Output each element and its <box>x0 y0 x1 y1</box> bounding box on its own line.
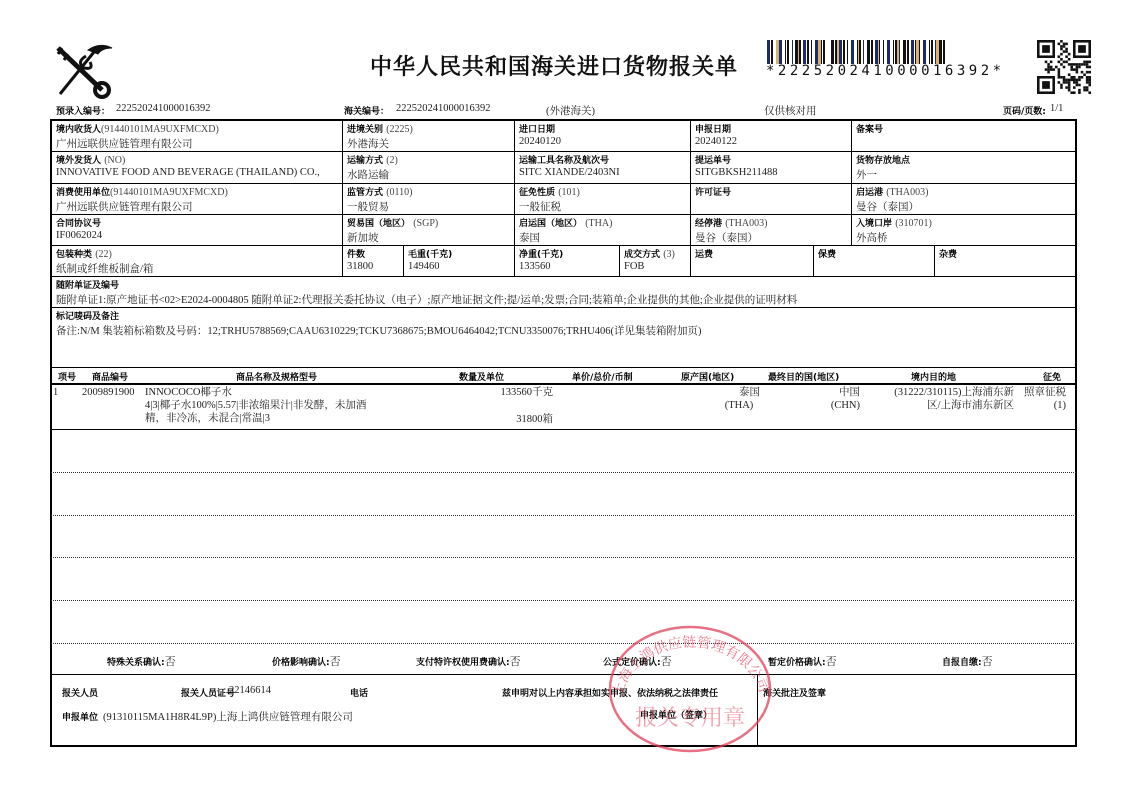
deal-mode-field: 成交方式 (3) FOB <box>620 246 690 273</box>
entry-customs-field: 进境关别 (2225) 外港海关 <box>343 121 513 152</box>
origin-country: 泰国 <box>700 387 760 400</box>
document-title: 中华人民共和国海关进口货物报关单 <box>370 50 738 81</box>
price-influence-confirm: 价格影响确认:否 <box>272 653 341 669</box>
svg-text:报关专用章: 报关专用章 <box>635 706 745 731</box>
product-name: INNOCOCO椰子水 <box>145 387 232 400</box>
company-seal-stamp: 上海上鸿供应链管理有限公司 报关专用章 <box>600 615 780 755</box>
misc-fee-field: 杂费 <box>935 246 1075 261</box>
stop-port-field: 经停港 (THA003) 曼谷（泰国） <box>691 215 851 246</box>
customs-no: 222520241000016392 <box>396 103 491 114</box>
col-item-no: 项号 <box>58 370 76 383</box>
customs-emblem-icon <box>50 40 115 100</box>
col-origin: 原产国(地区) <box>681 370 734 383</box>
transport-mode-field: 运输方式 (2) 水路运输 <box>343 152 513 183</box>
customs-office: (外港海关) <box>546 103 595 118</box>
vessel-field: 运输工具名称及航次号 SITC XIANDE/2403NI <box>515 152 690 179</box>
license-no-field: 许可证号 <box>691 184 851 200</box>
freight-field: 运费 <box>691 246 813 261</box>
col-dest-country: 最终目的国(地区) <box>768 370 839 383</box>
declare-date-field: 申报日期 20240122 <box>691 121 851 148</box>
barcode-text: *222520241000016392* <box>766 63 1005 79</box>
shipper-value: INNOVATIVE FOOD AND BEVERAGE (THAILAND) … <box>56 167 338 178</box>
pre-entry-no-label: 预录入编号： <box>56 104 110 117</box>
col-hs-code: 商品编号 <box>92 370 128 383</box>
net-weight-field: 净重(千克) 133560 <box>515 246 619 273</box>
declarant-label: 报关人员 <box>62 686 98 699</box>
domestic-dest: (31222/310115)上海浦东新 <box>860 387 1014 400</box>
gross-weight-field: 毛重(千克) 149460 <box>404 246 514 273</box>
qr-code-icon <box>1037 40 1091 94</box>
page-value: 1/1 <box>1050 103 1063 114</box>
qty-kg: 133560千克 <box>450 387 553 400</box>
insurance-field: 保费 <box>814 246 934 261</box>
shipper-field: 境外发货人 (NO) INNOVATIVE FOOD AND BEVERAGE … <box>52 152 342 179</box>
declarant-cert-no: 22146614 <box>229 685 271 696</box>
pieces-field: 件数 31800 <box>343 246 403 273</box>
col-price: 单价/总价/币制 <box>572 370 633 383</box>
record-no-field: 备案号 <box>852 121 1072 137</box>
declarant-cert-label: 报关人员证号 <box>181 686 235 699</box>
col-levy: 征免 <box>1043 370 1061 383</box>
levy-nature-field: 征免性质 (101) 一般征税 <box>515 184 690 215</box>
storage-field: 货物存放地点 外一 <box>852 152 1072 183</box>
self-pay-confirm: 自报自缴:否 <box>942 653 993 669</box>
import-date-value: 20240120 <box>519 136 686 147</box>
verify-only-note: 仅供核对用 <box>764 103 817 118</box>
col-qty-unit: 数量及单位 <box>459 370 504 383</box>
levy-mode: 照章征税 <box>1016 387 1066 400</box>
trade-country-field: 贸易国（地区） (SGP) 新加坡 <box>343 215 513 246</box>
phone-label: 电话 <box>350 686 368 699</box>
supervision-field: 监管方式 (0110) 一般贸易 <box>343 184 513 215</box>
qty-boxes: 31800箱 <box>450 414 553 427</box>
declaring-unit-value: (91310115MA1H8R4L9P)上海上鸿供应链管理有限公司 <box>103 709 353 724</box>
bill-no-field: 提运单号 SITGBKSH211488 <box>691 152 851 179</box>
depart-country-field: 启运国（地区） (THA) 泰国 <box>515 215 690 246</box>
page-label: 页码/页数: <box>1003 104 1046 117</box>
depart-port-field: 启运港 (THA003) 曼谷（泰国） <box>852 184 1072 215</box>
consumer-field: 消费使用单位(91440101MA9UXFMCXD) 广州远联供应链管理有限公司 <box>52 184 342 215</box>
customs-no-label: 海关编号： <box>344 104 389 117</box>
col-domestic-dest: 境内目的地 <box>911 370 956 383</box>
package-type-field: 包装种类 (22) 纸制或纤维板制盒/箱 <box>52 246 342 277</box>
royalty-confirm: 支付特许权使用费确认:否 <box>416 653 521 669</box>
entry-port-field: 入境口岸 (310701) 外高桥 <box>852 215 1072 246</box>
dest-country: 中国 <box>800 387 860 400</box>
marks-remarks-field: 标记唛码及备注 备注:N/M 集装箱标箱数及号码：12;TRHU5788569;… <box>52 308 1072 339</box>
attached-docs-field: 随附单证及编号 随附单证1:原产地证书<02>E2024-0004805 随附单… <box>52 277 1072 308</box>
consignee-field: 境内收货人(91440101MA9UXFMCXD) 广州远联供应链管理有限公司 <box>52 121 342 152</box>
special-relation-confirm: 特殊关系确认:否 <box>107 653 176 669</box>
consignee-value: 广州远联供应链管理有限公司 <box>56 136 338 151</box>
import-date-field: 进口日期 20240120 <box>515 121 690 148</box>
hs-code: 2009891900 <box>82 387 135 400</box>
declaring-unit-label: 申报单位 <box>62 710 98 723</box>
entry-customs-value: 外港海关 <box>347 136 509 151</box>
col-name-spec: 商品名称及规格型号 <box>236 370 317 383</box>
barcode-icon <box>767 40 1021 64</box>
contract-no-field: 合同协议号 IF0062024 <box>52 215 342 242</box>
declare-date-value: 20240122 <box>695 136 847 147</box>
pre-entry-no: 222520241000016392 <box>116 103 211 114</box>
